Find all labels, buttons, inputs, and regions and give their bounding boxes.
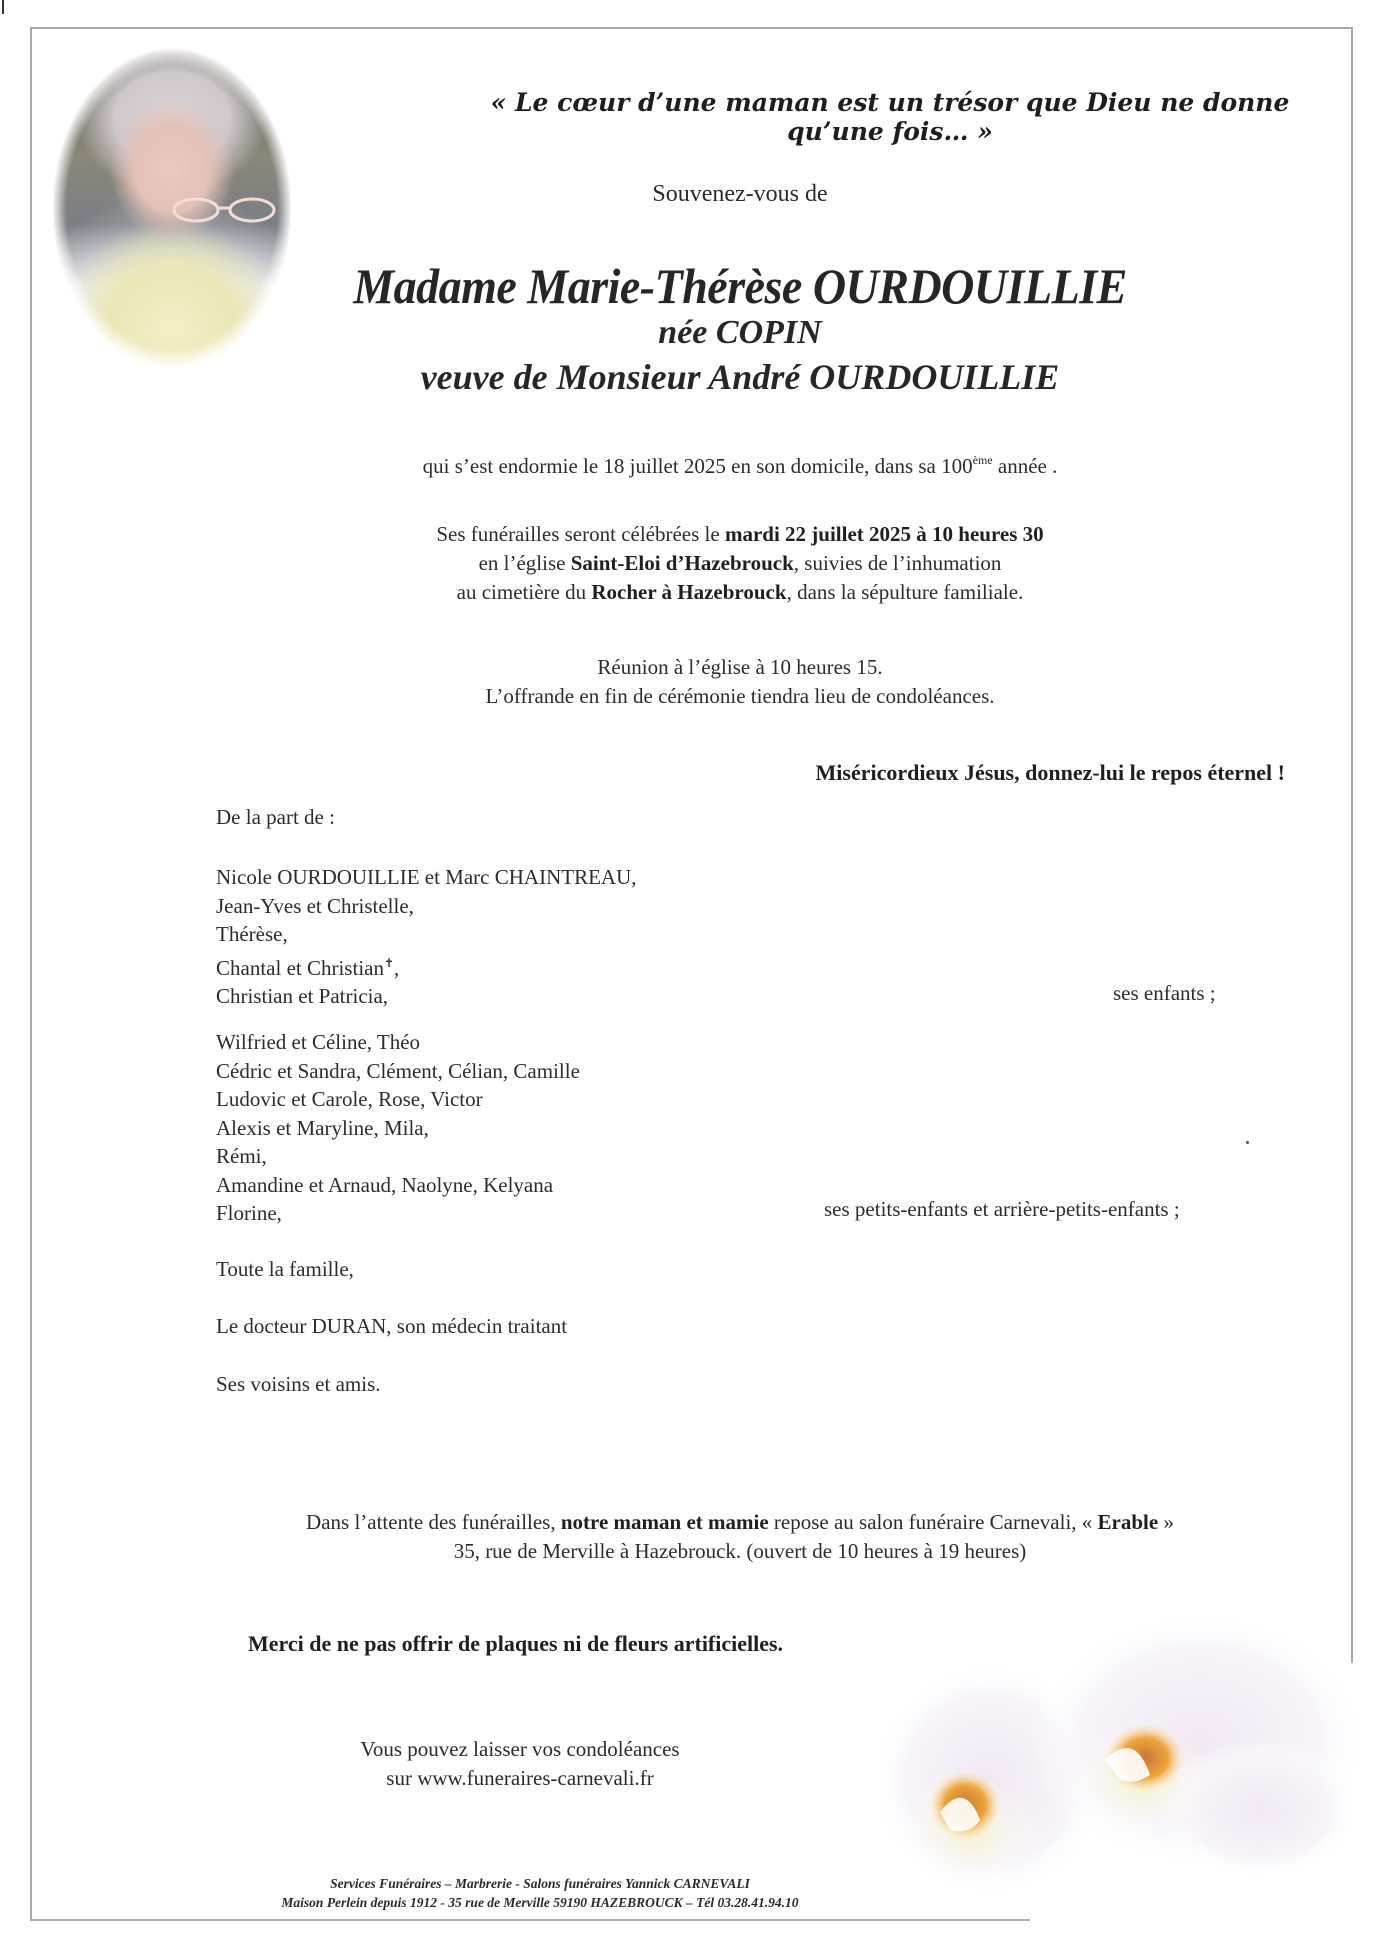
orchid-flowers-image bbox=[880, 1580, 1377, 1947]
ordinal-superscript: ème bbox=[973, 453, 993, 467]
grandchildren-list: Wilfried et Céline, Théo Cédric et Sandr… bbox=[216, 1028, 580, 1228]
no-flowers-notice: Merci de ne pas offrir de plaques ni de … bbox=[248, 1631, 783, 1657]
condolences-website-link[interactable]: sur www.funeraires-carnevali.fr bbox=[300, 1764, 740, 1793]
list-item: Thérèse, bbox=[216, 920, 636, 949]
list-item: Amandine et Arnaud, Naolyne, Kelyana bbox=[216, 1171, 580, 1200]
death-notice: qui s’est endormie le 18 juillet 2025 en… bbox=[230, 446, 1250, 481]
funeral-church: Saint-Eloi d’Hazebrouck bbox=[571, 551, 794, 575]
deceased-name: Madame Marie-Thérèse OURDOUILLIE bbox=[230, 258, 1250, 315]
footer-address: Maison Perlein depuis 1912 - 35 rue de M… bbox=[200, 1895, 880, 1911]
list-item: Nicole OURDOUILLIE et Marc CHAINTREAU, bbox=[216, 863, 636, 892]
footer-company: Services Funéraires – Marbrerie - Salons… bbox=[200, 1876, 880, 1892]
death-text: qui s’est endormie le 18 juillet 2025 en… bbox=[423, 454, 973, 478]
funeral-home-info: Dans l’attente des funérailles, notre ma… bbox=[230, 1508, 1250, 1566]
scan-speck bbox=[1246, 1141, 1249, 1144]
funeral-home-line: Dans l’attente des funérailles, notre ma… bbox=[230, 1508, 1250, 1537]
list-item: Christian et Patricia, bbox=[216, 982, 636, 1011]
online-condolences: Vous pouvez laisser vos condoléances sur… bbox=[300, 1735, 740, 1793]
reunion-time: Réunion à l’église à 10 heures 15. bbox=[230, 653, 1250, 682]
funeral-date-line: Ses funérailles seront célébrées le mard… bbox=[230, 520, 1250, 549]
list-item: Wilfried et Céline, Théo bbox=[216, 1028, 580, 1057]
frame-border-top bbox=[31, 27, 1353, 29]
neighbours-line: Ses voisins et amis. bbox=[216, 1370, 381, 1399]
list-item: Rémi, bbox=[216, 1142, 580, 1171]
children-list: Nicole OURDOUILLIE et Marc CHAINTREAU, J… bbox=[216, 863, 636, 1011]
widow-of: veuve de Monsieur André OURDOUILLIE bbox=[230, 356, 1250, 398]
list-item: Florine, bbox=[216, 1199, 580, 1228]
salon-room-name: Erable bbox=[1098, 1510, 1159, 1534]
intro-text: Souvenez-vous de bbox=[230, 181, 1250, 208]
prayer: Miséricordieux Jésus, donnez-lui le repo… bbox=[816, 760, 1285, 786]
cross-icon: ✝ bbox=[384, 956, 394, 970]
list-item: Cédric et Sandra, Clément, Célian, Camil… bbox=[216, 1057, 580, 1086]
family-line: Toute la famille, bbox=[216, 1255, 354, 1284]
children-label: ses enfants ; bbox=[1113, 981, 1216, 1006]
condolences-text: Vous pouvez laisser vos condoléances bbox=[300, 1735, 740, 1764]
list-item: Jean-Yves et Christelle, bbox=[216, 892, 636, 921]
list-item: Alexis et Maryline, Mila, bbox=[216, 1114, 580, 1143]
list-item: Ludovic et Carole, Rose, Victor bbox=[216, 1085, 580, 1114]
doctor-line: Le docteur DURAN, son médecin traitant bbox=[216, 1312, 567, 1341]
grandchildren-label: ses petits-enfants et arrière-petits-enf… bbox=[824, 1197, 1180, 1222]
frame-border-right bbox=[1351, 27, 1353, 1663]
death-text-end: année . bbox=[993, 454, 1058, 478]
offering-note: L’offrande en fin de cérémonie tiendra l… bbox=[230, 682, 1250, 711]
scan-artifact bbox=[2, 0, 4, 14]
memorial-quote: « Le cœur d’une maman est un trésor que … bbox=[480, 88, 1300, 146]
funeral-home-address: 35, rue de Merville à Hazebrouck. (ouver… bbox=[230, 1537, 1250, 1566]
from-label: De la part de : bbox=[216, 803, 335, 832]
birth-name: née COPIN bbox=[230, 314, 1250, 352]
list-item: Chantal et Christian✝, bbox=[216, 949, 636, 983]
reunion-info: Réunion à l’église à 10 heures 15. L’off… bbox=[230, 653, 1250, 711]
frame-border-left bbox=[30, 27, 32, 1921]
funeral-date: mardi 22 juillet 2025 à 10 heures 30 bbox=[725, 522, 1044, 546]
funeral-cemetery: Rocher à Hazebrouck bbox=[591, 580, 786, 604]
funeral-church-line: en l’église Saint-Eloi d’Hazebrouck, sui… bbox=[230, 549, 1250, 578]
funeral-details: Ses funérailles seront célébrées le mard… bbox=[230, 520, 1250, 607]
funeral-cemetery-line: au cimetière du Rocher à Hazebrouck, dan… bbox=[230, 578, 1250, 607]
